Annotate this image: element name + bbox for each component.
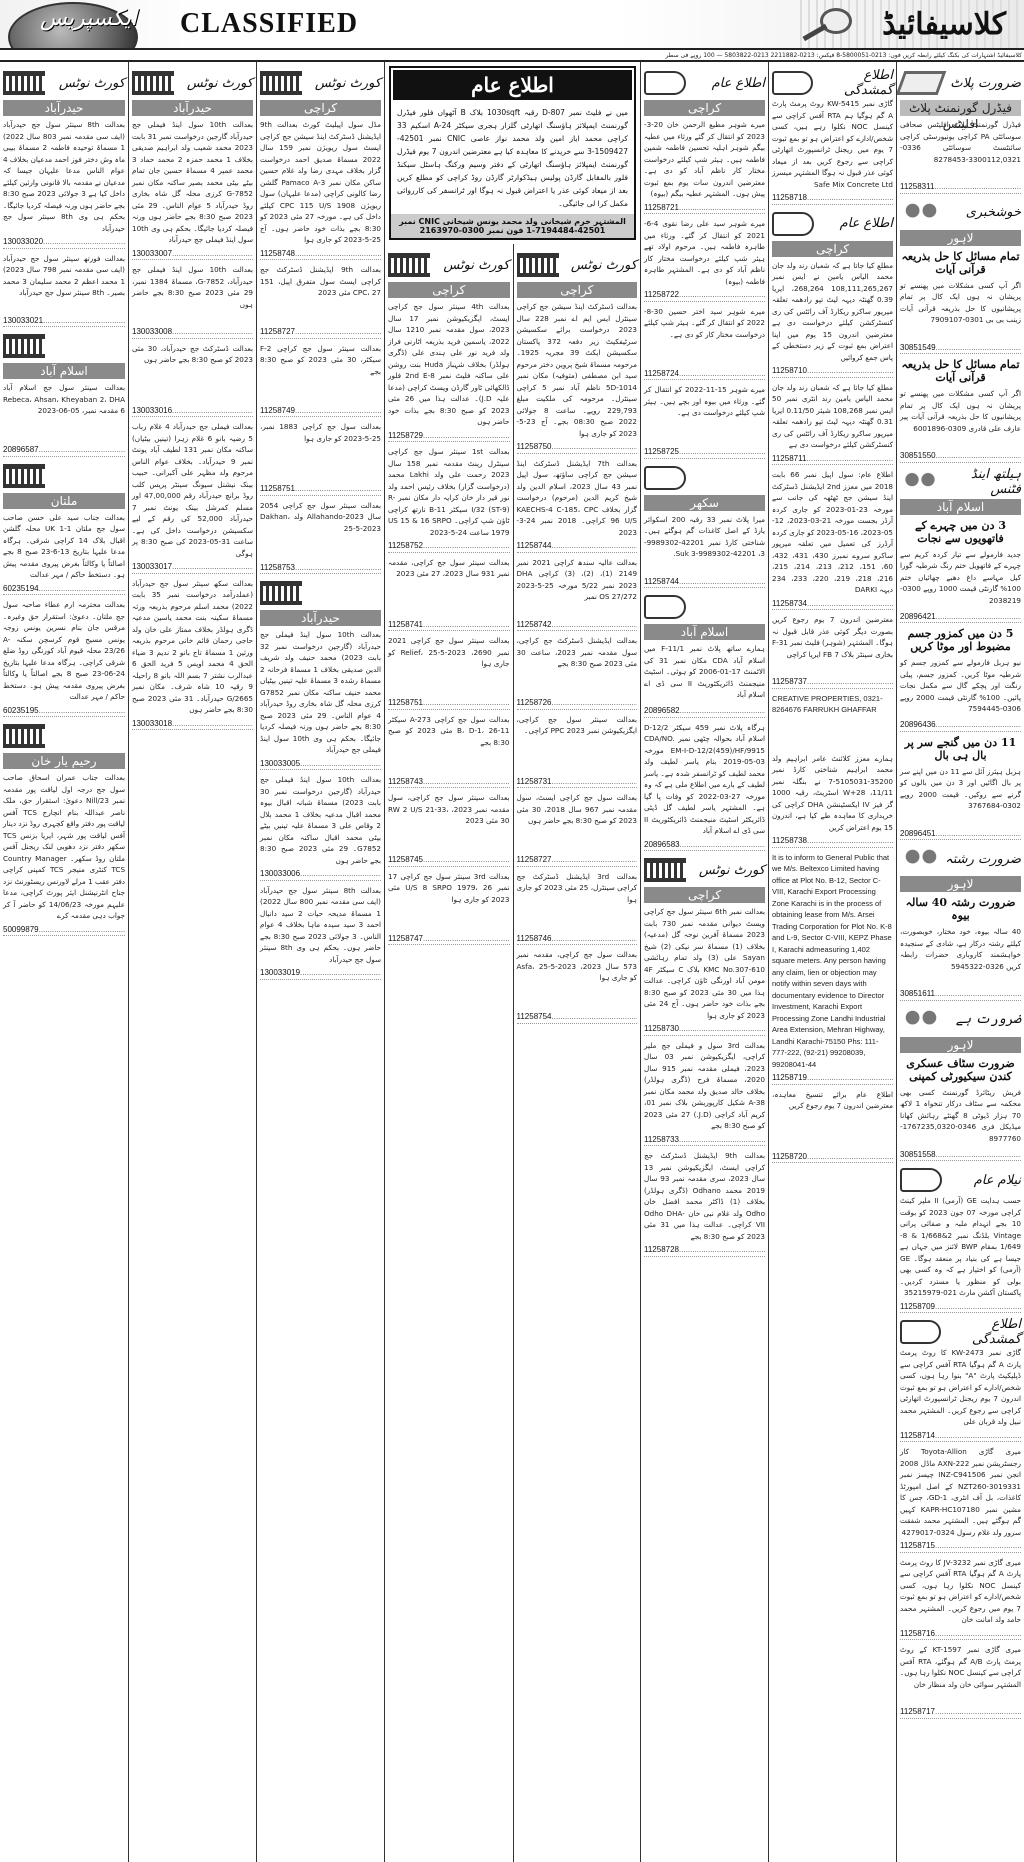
ad-text: بعدالت 10th سول اینڈ فیملی جج حیدرآباد (… [260, 774, 381, 866]
people-icon [900, 1008, 942, 1032]
classified-ad[interactable]: بعدالت ڈسٹرکٹ اینڈ سیشن جج کراچی سینٹرل … [517, 301, 638, 454]
ad-text: بعدالت سینئر سول جج کراچی F-2 سیکٹر، 30 … [260, 343, 381, 403]
magnifier-icon [800, 6, 870, 42]
ad-reference-number: 11258720 [772, 1151, 893, 1164]
ad-text: میری گاڑی نمبر KT-1597 کے روٹ پرمٹ پارٹ … [900, 1644, 1021, 1704]
classified-ad[interactable]: حسب ہدایت GE (آرمی) II ملیر کینٹ کراچی م… [900, 1195, 1021, 1313]
classified-ad[interactable]: میرا پلاٹ نمبر 33 رقبہ 200 اسکوائر یارڈ … [644, 514, 765, 589]
ad-text: بعدالت سینئر سول جج کراچی، مقدمہ نمبر 93… [388, 557, 510, 617]
city-bar: حیدرآباد [132, 100, 253, 116]
ad-reference-number: 130033006 [260, 868, 381, 881]
ad-text: بعدالت جناب عمران اسحاق صاحب سول جج درجہ… [3, 772, 125, 922]
ad-headline: 11 دن میں گنجے سر پر بال ہی بال [900, 736, 1021, 762]
classified-ad[interactable]: بعدالت ایڈیشنل ڈسٹرکٹ جج کراچی، سول مقدم… [517, 635, 638, 710]
section-title: کورٹ نوٹس [315, 76, 381, 91]
ad-reference-number: 130033007 [132, 248, 253, 261]
classified-ad[interactable]: It is to inform to General Public that w… [772, 852, 893, 1085]
ad-reference-number: 11258744 [644, 576, 765, 589]
classified-ad[interactable]: بعدالت محترمہ ارم عطاء صاحبہ سول جج ملتا… [3, 599, 125, 717]
classified-ad[interactable]: میرے شوہر سید علی رضا نقوی 4-6-2021 کو ا… [644, 218, 765, 302]
classified-ad[interactable]: بعدالت سینئر سول جج کراچی، ایگزیکیوشن نم… [517, 714, 638, 789]
classified-ad[interactable]: ہمارے ساتھ پلاٹ نمبر F-11/1 میں اسلام آب… [644, 643, 765, 718]
ad-text: بعدالت سول جج کراچی ایسٹ، سول مقدمہ نمبر… [517, 792, 638, 852]
ad-reference-number: 11258741 [388, 619, 510, 632]
ad-reference-number: 130033016 [132, 405, 253, 418]
city-bar: لاہور [900, 876, 1021, 892]
ad-reference-number: 130033020 [3, 236, 125, 249]
ad-text: بعدالت سول جج کراچی 1883 نمبر، 25-5-2023… [260, 421, 381, 481]
classified-ad[interactable]: بعدالت 10th سول اینڈ فیملی جج حیدرآباد، … [132, 264, 253, 339]
ad-reference-number: 11258721 [644, 202, 765, 215]
ad-reference-number: 11258709 [900, 1301, 1021, 1314]
ad-reference-number: 60235195 [3, 705, 125, 718]
page-title-english: CLASSIFIED [180, 8, 358, 40]
ad-text: بعدالت 4th سینئر سول جج کراچی ایسٹ، ایگز… [388, 301, 510, 428]
ad-reference-number: 11258718 [772, 192, 893, 205]
classified-ad[interactable]: بعدالت فیملی جج حیدرآباد 4 غلام رباب 5 ر… [132, 421, 253, 574]
classified-ad[interactable]: بعدالت 9th ایڈیشنل ڈسٹرکٹ جج کراچی ایسٹ،… [644, 1150, 765, 1257]
page-title-urdu: کلاسیفائیڈ [882, 7, 1006, 42]
ad-text: اطلاع عام: سول اپیل نمبر 66 بابت 2018 می… [772, 469, 893, 596]
ad-text: بعدالت سینئر سول جج کراچی 2054 سال Allah… [260, 500, 381, 560]
ad-text: میری گاڑی Toyota-Allion کار رجسٹریشن نمب… [900, 1446, 1021, 1538]
classified-ad[interactable]: بعدالت 10th سول اینڈ فیملی جج حیدرآباد (… [260, 774, 381, 881]
section-title: کورٹ نوٹس [187, 76, 253, 91]
classified-ad[interactable]: بعدالت فورتھ سینئر سول جج حیدرآباد (ایف … [3, 253, 125, 328]
banner-title: اطلاع عام [393, 70, 632, 100]
classified-ad[interactable]: میری گاڑی Toyota-Allion کار رجسٹریشن نمب… [900, 1446, 1021, 1553]
classified-ad[interactable]: مطلع کیا جاتا ہے کہ شعبان رند ولد جان مح… [772, 382, 893, 466]
megaphone-icon [644, 466, 686, 490]
ad-reference-number: 11258734 [772, 598, 893, 611]
ad-text: CREATIVE PROPERTIES, 0321-8264676 FARRUK… [772, 693, 893, 753]
classified-ad[interactable]: بعدالت 1st سینئر سول جج کراچی سینٹرل رین… [388, 446, 510, 553]
ad-text: It is to inform to General Public that w… [772, 852, 893, 1071]
section-header [644, 463, 765, 493]
ad-reference-number: 11258747 [388, 933, 510, 946]
people-icon [900, 847, 942, 871]
ad-text: بعدالت 9th ایڈیشنل ڈسٹرکٹ جج کراچی ایسٹ،… [644, 1150, 765, 1242]
booking-info-bar: کلاسیفائیڈ اشتہارات کی بکنگ کیلئے رابطہ … [0, 50, 1024, 62]
section-header: ضرورت رشتہ [900, 844, 1021, 874]
classified-ad[interactable]: بعدالت سول جج کراچی A-273 سیکٹر 11-B، D-… [388, 714, 510, 789]
ad-text: ہرگاہ پلاٹ نمبر 459 سیکٹر D-12/2 اسلام آ… [644, 722, 765, 837]
ad-reference-number: 11258733 [644, 1134, 765, 1147]
ad-reference-number: 11258743 [388, 776, 510, 789]
classified-ad[interactable]: بعدالت 3rd سینئر سول جج کراچی 17 نمبر U/… [388, 871, 510, 946]
section-header [3, 461, 125, 491]
banner-text: میں نے فلیٹ نمبر D-807 رقبہ 1030sqft بلا… [391, 102, 634, 214]
ad-reference-number: 11258722 [644, 289, 765, 302]
city-bar: کراچی [388, 282, 510, 298]
classified-ad[interactable]: اگر آپ کسی مشکلات میں پھنسے تو پریشان نہ… [900, 388, 1021, 463]
ad-text: بعدالت 10th سول اینڈ فیملی جج حیدرآباد گ… [132, 119, 253, 246]
section-header [260, 578, 381, 608]
ad-reference-number: 11258715 [900, 1540, 1021, 1553]
court-icon [3, 464, 45, 488]
ad-text: بعدالت 8th سینئر سول جج حیدرآباد (ایف سی… [260, 885, 381, 966]
ad-headline: 3 دن میں چہرے کے فاتھویوں سے نجات [900, 519, 1021, 545]
section-header: کورٹ نوٹس [388, 250, 510, 280]
classified-ad[interactable]: بعدالت سینئر سول جج کراچی 2054 سال Allah… [260, 500, 381, 575]
classified-ad[interactable]: بعدالت سینئر سول جج کراچی، مقدمہ نمبر 93… [388, 557, 510, 632]
section-title: نیلام عام [974, 1173, 1021, 1188]
ad-reference-number: 30851550 [900, 450, 1021, 463]
ad-text: اگر آپ کسی مشکلات میں پھنسے تو پریشان نہ… [900, 280, 1021, 340]
city-bar: لاہور [900, 230, 1021, 246]
ad-reference-number: 20896451 [900, 828, 1021, 841]
section-title: اطلاع عام [712, 76, 765, 91]
section-header: اطلاع گمشدگی [900, 1317, 1021, 1347]
column-col-8: کورٹ نوٹسحیدرآبادبعدالت 8th سینئر سول جج… [0, 62, 128, 1862]
ad-text: بعدالت 3rd سول و فیملی جج ملیر کراچی، ای… [644, 1040, 765, 1132]
ad-text: مڈل سول اپیلیٹ کورٹ بعدالت 9th ایڈیشنل ڈ… [260, 119, 381, 246]
city-bar: کراچی [644, 887, 765, 903]
classified-ad[interactable]: بعدالت سکھ سینئر سول جج حیدرآباد (عملدرآ… [132, 578, 253, 731]
classified-ad[interactable]: گاڑی نمبر KW-2473 کا روٹ پرمٹ پارٹ A گم … [900, 1347, 1021, 1442]
classified-ad[interactable]: مڈل سول اپیلیٹ کورٹ بعدالت 9th ایڈیشنل ڈ… [260, 119, 381, 260]
section-title: کورٹ نوٹس [699, 863, 765, 878]
section-header: ضرورت پلاٹ [900, 68, 1021, 98]
ad-reference-number: 11258749 [260, 405, 381, 418]
ad-reference-number: 11258311 [900, 181, 1021, 194]
ad-reference-number: 11258726 [517, 697, 638, 710]
ad-reference-number: 130033005 [260, 758, 381, 771]
city-bar: کراچی [517, 282, 638, 298]
classified-ad[interactable]: بعدالت 4th سینئر سول جج کراچی ایسٹ، ایگز… [388, 301, 510, 442]
section-header: اطلاع عام [772, 209, 893, 239]
ad-text: میرے شوہر سید اختر حسین 30-8-2022 کو انت… [644, 306, 765, 366]
ad-text: بعدالت سول جج کراچی A-273 سیکٹر 11-B، D-… [388, 714, 510, 774]
section-header: نیلام عام [900, 1165, 1021, 1195]
court-icon [260, 581, 302, 605]
ad-text: بعدالت 9th ایڈیشنل ڈسٹرکٹ جج کراچی ایسٹ … [260, 264, 381, 324]
column-col-7: کورٹ نوٹسحیدرآبادبعدالت 10th سول اینڈ فی… [128, 62, 256, 1862]
ad-reference-number: 130033019 [260, 967, 381, 980]
ad-text: فیڈرل گورنمنٹ پلاٹ افلیٹس صحافی سوسائٹی … [900, 119, 1021, 179]
classified-ad[interactable]: بعدالت سینئر سول جج کراچی، سول مقدمہ نمب… [388, 792, 510, 867]
ad-text: ہمارے معزز کلائنٹ عامر ابراہیم ولد محمد … [772, 753, 893, 834]
ad-reference-number: 11258727 [517, 854, 638, 867]
ad-text: ہربل ہیئرز آئل سے 11 دن میں اپنے سر پر ب… [900, 766, 1021, 826]
classified-ad[interactable]: 40 سالہ بیوہ، خود مختار، خوبصورت، کیلئے … [900, 926, 1021, 1001]
classified-ad[interactable]: میرے شوہر مطیع الرحمن خان 20-3-2023 کو ا… [644, 119, 765, 214]
city-bar: لاہور [900, 1037, 1021, 1053]
ad-reference-number: 11258711 [772, 453, 893, 466]
section-title: اطلاع گمشدگی [941, 1317, 1021, 1347]
ad-reference-number: 11258748 [260, 248, 381, 261]
logo-urdu-text: ایکسپریس [40, 6, 137, 31]
section-header: ضرورت ہے [900, 1005, 1021, 1035]
ad-text: بعدالت 10th سول اینڈ فیملی جج حیدرآباد، … [132, 264, 253, 324]
section-title: ضرورت رشتہ [945, 852, 1021, 867]
court-icon [517, 253, 559, 277]
column-col-4-5: اطلاع عاممیں نے فلیٹ نمبر D-807 رقبہ 103… [384, 62, 640, 1862]
ad-reference-number: 11258751 [260, 483, 381, 496]
ad-reference-number: 11258746 [517, 933, 638, 946]
ad-reference-number: 20896421 [900, 611, 1021, 624]
classified-ad[interactable]: ہرگاہ پلاٹ نمبر 459 سیکٹر D-12/2 اسلام آ… [644, 722, 765, 852]
ad-text: میرے شوہر 15-11-2022 کو انتقال کر گئے۔ و… [644, 384, 765, 444]
classified-ad[interactable]: بعدالت 10th سول اینڈ فیملی جج حیدرآباد گ… [132, 119, 253, 260]
ad-reference-number: 11258753 [260, 562, 381, 575]
ad-text: بعدالت 10th سول اینڈ فیملی جج حیدرآباد (… [260, 629, 381, 756]
ad-text: بعدالت ڈسٹرکٹ جج حیدرآباد، 30 مئی 2023 ک… [132, 343, 253, 403]
ad-reference-number: 50099879 [3, 924, 125, 937]
court-icon [388, 253, 430, 277]
ad-reference-number: 11258728 [644, 1244, 765, 1257]
section-header [3, 721, 125, 751]
section-title: اطلاع گمشدگی [813, 68, 893, 98]
classified-ad[interactable]: بعدالت 3rd ایڈیشنل ڈسٹرکٹ جج کراچی سینٹر… [517, 871, 638, 946]
classified-ad[interactable]: بعدالت سینئر سول جج اسلام آباد Rebeca، A… [3, 382, 125, 457]
classified-ad[interactable]: میری گاڑی نمبر JV-3232 کا روٹ پرمٹ پارٹ … [900, 1557, 1021, 1641]
ad-reference-number: 130033008 [132, 326, 253, 339]
megaphone-icon [900, 1168, 942, 1192]
classified-ad[interactable]: جدید فارمولے سے تیار کردہ کریم سے چہرے ک… [900, 549, 1021, 624]
ad-text: بعدالت 8th سینئر سول جج حیدرآباد (ایف سی… [3, 119, 125, 234]
ad-headline: ضرورت رشتہ 40 سالہ بیوہ [900, 896, 1021, 922]
section-header: کورٹ نوٹس [132, 68, 253, 98]
ad-text: حسب ہدایت GE (آرمی) II ملیر کینٹ کراچی م… [900, 1195, 1021, 1299]
city-bar: سکھر [644, 495, 765, 511]
city-bar: کراچی [772, 241, 893, 257]
classified-ad[interactable]: بعدالت عالیہ سندھ کراچی 2021 نمبر 2149 (… [517, 557, 638, 632]
ad-reference-number: 11258751 [388, 697, 510, 710]
classified-ad[interactable]: فیڈرل گورنمنٹ پلاٹ افلیٹس صحافی سوسائٹی … [900, 119, 1021, 194]
ad-reference-number: 11258731 [517, 776, 638, 789]
ad-text: جدید فارمولے سے تیار کردہ کریم سے چہرے ک… [900, 549, 1021, 609]
people-icon [900, 201, 942, 225]
plot-icon [896, 71, 946, 95]
classified-ad[interactable]: بعدالت نمبر 6th سینئر سول جج کراچی ویسٹ … [644, 906, 765, 1036]
column-col-3: اطلاع عامکراچیمیرے شوہر مطیع الرحمن خان … [640, 62, 768, 1862]
classified-ad[interactable]: گاڑی نمبر KW-5415 روٹ پرمٹ پارٹ A گم ہوگ… [772, 98, 893, 205]
ad-reference-number: 130033018 [132, 718, 253, 731]
section-title: ہیلتھ اینڈ فٹنس [940, 467, 1021, 497]
ad-text: بعدالت جناب سید علی حسن صاحب سول جج ملتا… [3, 512, 125, 581]
ad-reference-number: 11258738 [772, 835, 893, 848]
ad-text: بعدالت سکھ سینئر سول جج حیدرآباد (عملدرآ… [132, 578, 253, 716]
section-header: خوشخبری [900, 198, 1021, 228]
court-icon [3, 71, 45, 95]
ad-reference-number: 20896436 [900, 719, 1021, 732]
court-icon [3, 724, 45, 748]
ad-reference-number: 130033021 [3, 315, 125, 328]
ad-text: فریش ریٹائرڈ گورنمنٹ کسی بھی محکمہ سے سٹ… [900, 1087, 1021, 1147]
ad-reference-number: 30851549 [900, 342, 1021, 355]
classified-ad[interactable]: ہمارے معزز کلائنٹ عامر ابراہیم ولد محمد … [772, 753, 893, 848]
ad-text: اطلاع عام برائے تنسیخ معاہدہ، معترضین ان… [772, 1089, 893, 1149]
section-header: اطلاع گمشدگی [772, 68, 893, 98]
city-bar: حیدرآباد [260, 610, 381, 626]
classified-ad[interactable]: اطلاع عام: سول اپیل نمبر 66 بابت 2018 می… [772, 469, 893, 610]
banner-advertiser: المشتہر خرم شیخانی ولد محمد یونس شیخانی … [391, 214, 634, 238]
classified-ad[interactable]: بعدالت جناب عمران اسحاق صاحب سول جج درجہ… [3, 772, 125, 936]
masthead-right: کلاسیفائیڈ [800, 0, 1024, 48]
section-title: اطلاع عام [840, 216, 893, 231]
column-col-6: کورٹ نوٹسکراچیمڈل سول اپیلیٹ کورٹ بعدالت… [256, 62, 384, 1862]
classified-ad[interactable]: نیو ہربل فارمولے سے کمزور جسم کو شرطیہ م… [900, 657, 1021, 732]
classified-ad[interactable]: بعدالت سول جج کراچی 1883 نمبر، 25-5-2023… [260, 421, 381, 496]
megaphone-icon [772, 71, 813, 95]
classified-ad[interactable]: اطلاع عام برائے تنسیخ معاہدہ، معترضین ان… [772, 1089, 893, 1164]
ad-text: بعدالت محترمہ ارم عطاء صاحبہ سول جج ملتا… [3, 599, 125, 703]
ad-reference-number: 60235194 [3, 583, 125, 596]
ad-text: بعدالت 1st سینئر سول جج کراچی سینٹرل رین… [388, 446, 510, 538]
city-bar: حیدرآباد [3, 100, 125, 116]
classified-ad[interactable]: بعدالت 9th ایڈیشنل ڈسٹرکٹ جج کراچی ایسٹ … [260, 264, 381, 339]
ad-reference-number: 30851558 [900, 1149, 1021, 1162]
city-bar: کراچی [644, 100, 765, 116]
classified-ad[interactable]: بعدالت سول جج کراچی، مقدمہ نمبر 573 سال … [517, 949, 638, 1024]
classified-ad[interactable]: میرے شوہر 15-11-2022 کو انتقال کر گئے۔ و… [644, 384, 765, 459]
ad-text: بعدالت فورتھ سینئر سول جج حیدرآباد (ایف … [3, 253, 125, 313]
ad-text: بعدالت سول جج کراچی، مقدمہ نمبر 573 سال … [517, 949, 638, 1009]
city-bar: رحیم یار خان [3, 753, 125, 769]
ad-text: بعدالت 7th ایڈیشنل ڈسٹرکٹ اینڈ سیشن جج ک… [517, 458, 638, 539]
ad-reference-number: 11258725 [644, 446, 765, 459]
classified-ad[interactable]: بعدالت جناب سید علی حسن صاحب سول جج ملتا… [3, 512, 125, 596]
ad-text: میرے شوہر مطیع الرحمن خان 20-3-2023 کو ا… [644, 119, 765, 200]
express-logo: ایکسپریس [0, 0, 170, 48]
ad-text: بعدالت 3rd سینئر سول جج کراچی 17 نمبر U/… [388, 871, 510, 931]
ad-text: مطلع کیا جاتا ہے کہ شعبان رند ولد جان مح… [772, 382, 893, 451]
court-icon [260, 71, 302, 95]
ad-headline: ضرورت سٹاف عسکری کندن سیکیورٹی کمپنی [900, 1057, 1021, 1083]
ad-headline: 5 دن میں کمزور جسم مضبوط اور موٹا کریں [900, 627, 1021, 653]
city-bar: اسلام آباد [900, 499, 1021, 515]
ad-reference-number: 20896587 [3, 444, 125, 457]
column-col-4: کورٹ نوٹسکراچیبعدالت ڈسٹرکٹ اینڈ سیشن جج… [513, 244, 641, 1862]
ad-reference-number: 11258724 [644, 368, 765, 381]
ad-headline: تمام مسائل کا حل بذریعہ قرآنی آیات [900, 250, 1021, 276]
classified-ad[interactable]: بعدالت سول جج کراچی ایسٹ، سول مقدمہ نمبر… [517, 792, 638, 867]
column-col-1: ضرورت پلاٹفیڈرل گورنمنٹ پلاٹ افلیٹسفیڈرل… [896, 62, 1024, 1862]
classified-ad[interactable]: ہربل ہیئرز آئل سے 11 دن میں اپنے سر پر ب… [900, 766, 1021, 841]
classified-ad[interactable]: بعدالت سینئر سول جج کراچی 2021 نمبر 2690… [388, 635, 510, 710]
classified-ad[interactable]: بعدالت 10th سول اینڈ فیملی جج حیدرآباد (… [260, 629, 381, 770]
classified-ad[interactable]: بعدالت 7th ایڈیشنل ڈسٹرکٹ اینڈ سیشن جج ک… [517, 458, 638, 553]
city-bar: اسلام آباد [644, 624, 765, 640]
section-header: کورٹ نوٹس [260, 68, 381, 98]
ad-text: ہمارے ساتھ پلاٹ نمبر F-11/1 میں اسلام آب… [644, 643, 765, 703]
ad-reference-number: 130033017 [132, 561, 253, 574]
section-header: اطلاع عام [644, 68, 765, 98]
ad-reference-number: 11258752 [388, 540, 510, 553]
court-icon [132, 71, 174, 95]
city-bar: اسلام آباد [3, 363, 125, 379]
classified-ad[interactable]: میری گاڑی نمبر KT-1597 کے روٹ پرمٹ پارٹ … [900, 1644, 1021, 1719]
masthead: ایکسپریس CLASSIFIED کلاسیفائیڈ [0, 0, 1024, 50]
ad-reference-number: 20896582 [644, 705, 765, 718]
ad-text: بعدالت ڈسٹرکٹ اینڈ سیشن جج کراچی سینٹرل … [517, 301, 638, 439]
city-bar: ملتان [3, 493, 125, 509]
public-notice-banner[interactable]: اطلاع عاممیں نے فلیٹ نمبر D-807 رقبہ 103… [389, 66, 636, 240]
ad-reference-number: 20896583 [644, 839, 765, 852]
classified-ad[interactable]: بعدالت ڈسٹرکٹ جج حیدرآباد، 30 مئی 2023 ک… [132, 343, 253, 418]
section-header: کورٹ نوٹس [644, 855, 765, 885]
city-bar: کراچی [260, 100, 381, 116]
ad-reference-number: 11258710 [772, 365, 893, 378]
court-icon [644, 858, 686, 882]
classified-ad[interactable]: CREATIVE PROPERTIES, 0321-8264676 FARRUK… [772, 693, 893, 753]
classified-ad[interactable]: بعدالت 3rd سول و فیملی جج ملیر کراچی، ای… [644, 1040, 765, 1147]
ad-text: بعدالت نمبر 6th سینئر سول جج کراچی ویسٹ … [644, 906, 765, 1021]
ad-reference-number: 11258754 [517, 1011, 638, 1024]
ad-text: نیو ہربل فارمولے سے کمزور جسم کو شرطیہ م… [900, 657, 1021, 717]
sub-banner: فیڈرل گورنمنٹ پلاٹ افلیٹس [900, 100, 1021, 116]
ad-text: 40 سالہ بیوہ، خود مختار، خوبصورت، کیلئے … [900, 926, 1021, 986]
ad-reference-number: 11258719 [772, 1072, 893, 1085]
classified-ad[interactable]: بعدالت 8th سینئر سول جج حیدرآباد (ایف سی… [3, 119, 125, 249]
ad-reference-number: 11258717 [900, 1706, 1021, 1719]
section-title: ضرورت پلاٹ [950, 76, 1021, 91]
ad-reference-number: 11258714 [900, 1430, 1021, 1443]
ad-reference-number: 11258737 [772, 676, 893, 689]
classified-ad[interactable]: اگر آپ کسی مشکلات میں پھنسے تو پریشان نہ… [900, 280, 1021, 355]
ad-text: میرے شوہر سید علی رضا نقوی 4-6-2021 کو ا… [644, 218, 765, 287]
megaphone-icon [900, 1320, 941, 1344]
ad-text: بعدالت سینئر سول جج اسلام آباد Rebeca، A… [3, 382, 125, 442]
section-header [644, 592, 765, 622]
section-title: کورٹ نوٹس [443, 258, 509, 273]
ad-reference-number: 11258716 [900, 1628, 1021, 1641]
ad-reference-number: 11258727 [260, 326, 381, 339]
ad-text: بعدالت فیملی جج حیدرآباد 4 غلام رباب 5 ر… [132, 421, 253, 559]
section-title: کورٹ نوٹس [59, 76, 125, 91]
people-icon [900, 470, 940, 494]
ad-text: بعدالت سینئر سول جج کراچی 2021 نمبر 2690… [388, 635, 510, 695]
section-header [3, 331, 125, 361]
ad-reference-number: 11258744 [517, 540, 638, 553]
court-icon [3, 334, 45, 358]
section-header: کورٹ نوٹس [517, 250, 638, 280]
court-notice-pair: کورٹ نوٹسکراچیبعدالت ڈسٹرکٹ اینڈ سیشن جج… [385, 244, 640, 1862]
ad-text: معترضین اندرون 7 یوم رجوع کریں بصورت دیگ… [772, 614, 893, 674]
classified-ad[interactable]: مطلع کیا جاتا ہے کہ شعبان رند ولد جان مح… [772, 260, 893, 378]
ad-reference-number: 11258730 [644, 1023, 765, 1036]
column-col-5: کورٹ نوٹسکراچیبعدالت 4th سینئر سول جج کر… [385, 244, 513, 1862]
ad-text: بعدالت عالیہ سندھ کراچی 2021 نمبر 2149 (… [517, 557, 638, 617]
section-title: خوشخبری [966, 205, 1021, 220]
classified-ad[interactable]: میرے شوہر سید اختر حسین 30-8-2022 کو انت… [644, 306, 765, 381]
ad-reference-number: 11258729 [388, 430, 510, 443]
ad-text: میری گاڑی نمبر JV-3232 کا روٹ پرمٹ پارٹ … [900, 1557, 1021, 1626]
ad-reference-number: 11258750 [517, 441, 638, 454]
ad-headline: تمام مسائل کا حل بذریعہ قرآنی آیات [900, 358, 1021, 384]
classified-ad[interactable]: فریش ریٹائرڈ گورنمنٹ کسی بھی محکمہ سے سٹ… [900, 1087, 1021, 1162]
ad-reference-number: 11258742 [517, 619, 638, 632]
megaphone-icon [772, 212, 814, 236]
ad-reference-number: 11258745 [388, 854, 510, 867]
ad-text: گاڑی نمبر KW-5415 روٹ پرمٹ پارٹ A گم ہوگ… [772, 98, 893, 190]
ad-text: میرا پلاٹ نمبر 33 رقبہ 200 اسکوائر یارڈ … [644, 514, 765, 574]
column-col-2: اطلاع گمشدگیگاڑی نمبر KW-5415 روٹ پرمٹ پ… [768, 62, 896, 1862]
section-header: کورٹ نوٹس [3, 68, 125, 98]
ad-text: بعدالت سینئر سول جج کراچی، ایگزیکیوشن نم… [517, 714, 638, 774]
section-title: کورٹ نوٹس [571, 258, 637, 273]
megaphone-icon [644, 71, 686, 95]
ad-text: اگر آپ کسی مشکلات میں پھنسے تو پریشان نہ… [900, 388, 1021, 448]
ad-text: مطلع کیا جاتا ہے کہ شعبان رند ولد جان مح… [772, 260, 893, 364]
classified-ad[interactable]: بعدالت 8th سینئر سول جج حیدرآباد (ایف سی… [260, 885, 381, 980]
classified-ad[interactable]: بعدالت سینئر سول جج کراچی F-2 سیکٹر، 30 … [260, 343, 381, 418]
ad-text: گاڑی نمبر KW-2473 کا روٹ پرمٹ پارٹ A گم … [900, 1347, 1021, 1428]
ad-text: بعدالت ایڈیشنل ڈسٹرکٹ جج کراچی، سول مقدم… [517, 635, 638, 695]
ad-reference-number: 30851611 [900, 988, 1021, 1001]
classified-ad[interactable]: معترضین اندرون 7 یوم رجوع کریں بصورت دیگ… [772, 614, 893, 689]
